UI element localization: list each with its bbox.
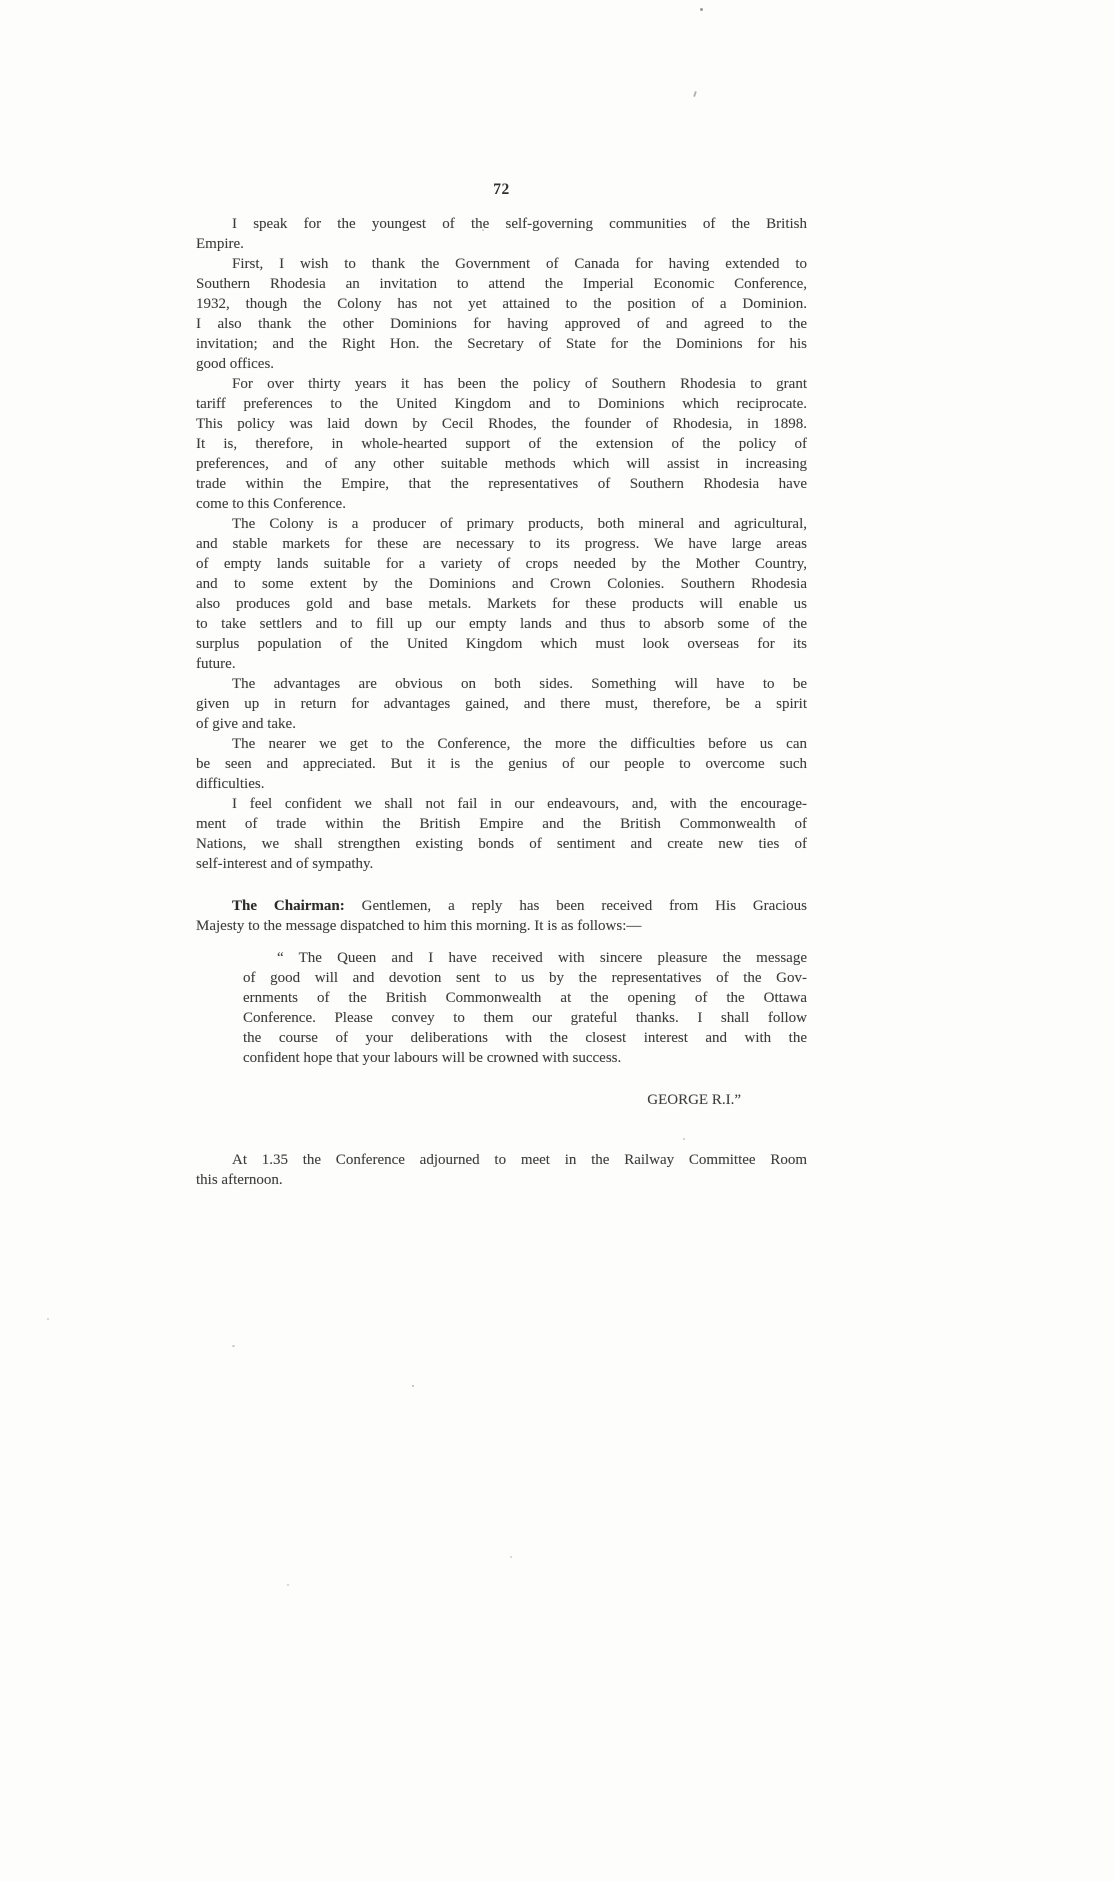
text-line: the course of your deliberations with th… [243,1028,807,1048]
speaker-line-text: Gentlemen, a reply has been received fro… [362,898,807,914]
text-line: and stable markets for these are necessa… [196,534,807,554]
text-line: this afternoon. [196,1170,807,1190]
scan-speck [47,1318,49,1320]
text-line: ment of trade within the British Empire … [196,814,807,834]
page-number: 72 [196,181,807,199]
scan-speck [693,91,697,97]
text-line: “ The Queen and I have received with sin… [243,948,807,968]
text-line: given up in return for advantages gained… [196,694,807,714]
text-line: For over thirty years it has been the po… [196,374,807,394]
paragraph: I speak for the youngest of the self-gov… [196,214,807,254]
text-line: Conference. Please convey to them our gr… [243,1008,807,1028]
text-line: come to this Conference. [196,494,807,514]
text-line: I speak for the youngest of the self-gov… [196,214,807,234]
text-line: of empty lands suitable for a variety of… [196,554,807,574]
text-line: also produces gold and base metals. Mark… [196,594,807,614]
text-line: be seen and appreciated. But it is the g… [196,754,807,774]
paragraph: The Colony is a producer of primary prod… [196,514,807,674]
text-line: First, I wish to thank the Government of… [196,254,807,274]
text-line: Southern Rhodesia an invitation to atten… [196,274,807,294]
text-line: Majesty to the message dispatched to him… [196,916,807,936]
text-line: I feel confident we shall not fail in ou… [196,794,807,814]
text-line: It is, therefore, in whole-hearted suppo… [196,434,807,454]
text-line: good offices. [196,354,807,374]
scan-speck [287,1584,289,1586]
text-line: The Chairman: Gentlemen, a reply has bee… [196,896,807,916]
scan-speck [482,229,484,231]
text-line: surplus population of the United Kingdom… [196,634,807,654]
paragraph: At 1.35 the Conference adjourned to meet… [196,1150,807,1190]
text-line: The Colony is a producer of primary prod… [196,514,807,534]
royal-signature: GEORGE R.I.” [196,1090,807,1110]
scan-speck [510,1556,512,1558]
scan-speck [683,1138,685,1140]
text-line: At 1.35 the Conference adjourned to meet… [196,1150,807,1170]
text-line: ernments of the British Commonwealth at … [243,988,807,1008]
paragraph: The nearer we get to the Conference, the… [196,734,807,794]
paragraph: The advantages are obvious on both sides… [196,674,807,734]
speaker-paragraph: The Chairman: Gentlemen, a reply has bee… [196,896,807,936]
scan-speck [412,1385,414,1387]
text-line: preferences, and of any other suitable m… [196,454,807,474]
scan-speck [554,1040,556,1042]
text-line: self-interest and of sympathy. [196,854,807,874]
text-line: of give and take. [196,714,807,734]
text-line: to take settlers and to fill up our empt… [196,614,807,634]
text-line: and to some extent by the Dominions and … [196,574,807,594]
scan-speck [232,1345,235,1347]
text-column: 72 I speak for the youngest of the self-… [196,181,807,1190]
text-line: I also thank the other Dominions for hav… [196,314,807,334]
text-line: of good will and devotion sent to us by … [243,968,807,988]
text-line: The nearer we get to the Conference, the… [196,734,807,754]
scan-speck [700,8,703,11]
text-line: Nations, we shall strengthen existing bo… [196,834,807,854]
speaker-name: The Chairman: [232,898,345,914]
text-line: invitation; and the Right Hon. the Secre… [196,334,807,354]
quoted-message: “ The Queen and I have received with sin… [243,948,807,1068]
text-line: trade within the Empire, that the repres… [196,474,807,494]
text-line: future. [196,654,807,674]
text-line: This policy was laid down by Cecil Rhode… [196,414,807,434]
text-line: tariff preferences to the United Kingdom… [196,394,807,414]
text-line: confident hope that your labours will be… [243,1048,807,1068]
text-line: 1932, though the Colony has not yet atta… [196,294,807,314]
text-line: difficulties. [196,774,807,794]
paragraph: I feel confident we shall not fail in ou… [196,794,807,874]
text-line: Empire. [196,234,807,254]
paragraph: For over thirty years it has been the po… [196,374,807,514]
paragraph: First, I wish to thank the Government of… [196,254,807,374]
scanned-page: 72 I speak for the youngest of the self-… [0,0,1114,1881]
text-block: I speak for the youngest of the self-gov… [196,214,807,1190]
text-line: The advantages are obvious on both sides… [196,674,807,694]
